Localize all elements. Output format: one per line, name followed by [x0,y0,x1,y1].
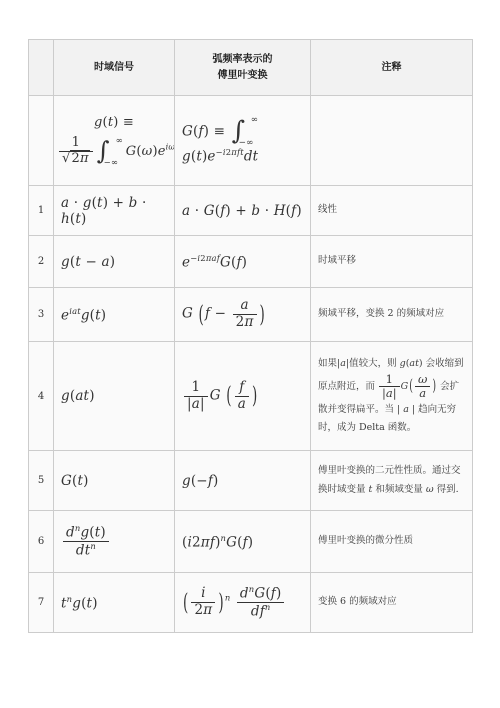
fourier-transform-properties-table: 时域信号 弧频率表示的傅里叶变换 注释 g(t) ≡1√2π∫∞−∞G(ω)ei… [28,39,473,633]
definition-note [311,96,473,186]
time-domain-formula: G(t) [54,451,175,511]
table-container: 时域信号 弧频率表示的傅里叶变换 注释 g(t) ≡1√2π∫∞−∞G(ω)ei… [28,39,473,633]
row-note: 变换 6 的频域对应 [311,573,473,633]
header-index [29,40,54,96]
table-row-time-shift: 2 g(t − a) e−i2πafG(f) 时域平移 [29,236,473,288]
row-note: 傅里叶变换的二元性性质。通过交换时域变量 t 和频域变量 ω 得到. [311,451,473,511]
row-note: 线性 [311,186,473,236]
time-domain-definition-formula: g(t) ≡1√2π∫∞−∞G(ω)eiωtdω [54,96,175,186]
definition-row: g(t) ≡1√2π∫∞−∞G(ω)eiωtdω G(f) ≡ ∫∞−∞g(t)… [29,96,473,186]
time-domain-formula: a · g(t) + b · h(t) [54,186,175,236]
time-domain-formula: tng(t) [54,573,175,633]
frequency-domain-formula: (i2π)n dnG(f)dfn [175,573,311,633]
table-row-frequency-shift: 3 eiatg(t) G (f − a2π) 频域平移，变换 2 的频域对应 [29,288,473,342]
header-notes: 注释 [311,40,473,96]
table-row-linearity: 1 a · g(t) + b · h(t) a · G(f) + b · H(f… [29,186,473,236]
frequency-domain-formula: e−i2πafG(f) [175,236,311,288]
row-note: 如果|a|值较大，则 g(at) 会收缩到原点附近，而 1|a|G(ωa) 会扩… [311,342,473,451]
frequency-domain-formula: (i2πf)nG(f) [175,511,311,573]
row-index: 1 [29,186,54,236]
table-row-duality: 5 G(t) g(−f) 傅里叶变换的二元性性质。通过交换时域变量 t 和频域变… [29,451,473,511]
time-domain-formula: g(at) [54,342,175,451]
frequency-domain-formula: a · G(f) + b · H(f) [175,186,311,236]
header-row: 时域信号 弧频率表示的傅里叶变换 注释 [29,40,473,96]
header-fourier-transform: 弧频率表示的傅里叶变换 [175,40,311,96]
time-domain-formula: dng(t)dtn [54,511,175,573]
frequency-domain-definition-formula: G(f) ≡ ∫∞−∞g(t)e−i2πftdt [175,96,311,186]
table-row-scaling: 4 g(at) 1|a|G (fa) 如果|a|值较大，则 g(at) 会收缩到… [29,342,473,451]
row-index: 6 [29,511,54,573]
time-domain-formula: eiatg(t) [54,288,175,342]
row-index [29,96,54,186]
frequency-domain-formula: g(−f) [175,451,311,511]
row-note: 频域平移，变换 2 的频域对应 [311,288,473,342]
table-row-differentiation: 6 dng(t)dtn (i2πf)nG(f) 傅里叶变换的微分性质 [29,511,473,573]
row-note: 时域平移 [311,236,473,288]
row-note: 傅里叶变换的微分性质 [311,511,473,573]
frequency-domain-formula: 1|a|G (fa) [175,342,311,451]
row-index: 7 [29,573,54,633]
row-index: 2 [29,236,54,288]
header-time-domain-signal: 时域信号 [54,40,175,96]
frequency-domain-formula: G (f − a2π) [175,288,311,342]
row-index: 4 [29,342,54,451]
time-domain-formula: g(t − a) [54,236,175,288]
table-row-frequency-differentiation: 7 tng(t) (i2π)n dnG(f)dfn 变换 6 的频域对应 [29,573,473,633]
row-index: 3 [29,288,54,342]
row-index: 5 [29,451,54,511]
